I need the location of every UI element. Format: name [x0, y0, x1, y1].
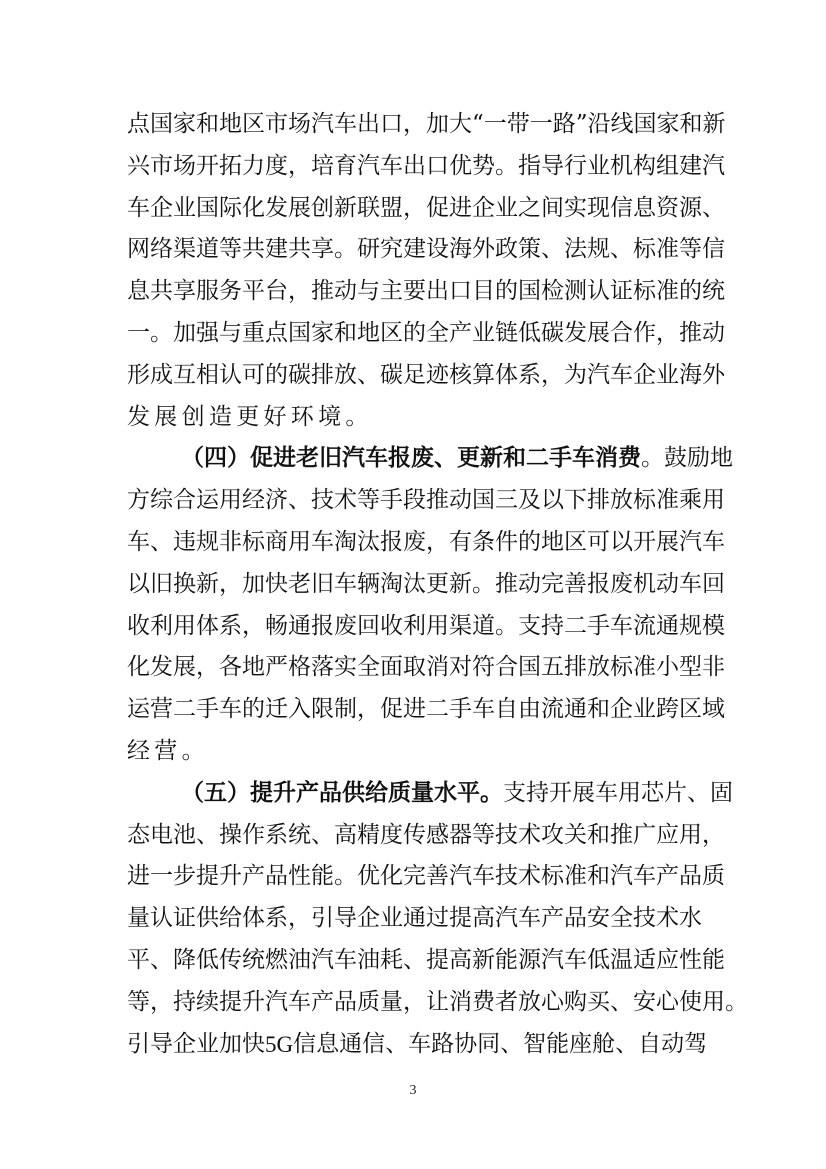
text-line: 运营二手车的迁入限制，促进二手车自由流通和企业跨区域 — [127, 689, 701, 731]
text-line: 发展创造更好环境。 — [127, 397, 701, 439]
text-line: 一。加强与重点国家和地区的全产业链低碳发展合作，推动 — [127, 313, 701, 355]
text-line: 方综合运用经济、技术等手段推动国三及以下排放标准乘用 — [127, 480, 701, 522]
text-line: 平、降低传统燃油汽车油耗、提高新能源汽车低温适应性能 — [127, 940, 701, 982]
text-line: 点国家和地区市场汽车出口，加大“一带一路”沿线国家和新 — [127, 104, 701, 146]
page-number: 3 — [0, 1083, 826, 1099]
section-heading-line: （四）促进老旧汽车报废、更新和二手车消费。鼓励地 — [127, 438, 701, 480]
text-line: 兴市场开拓力度，培育汽车出口优势。指导行业机构组建汽 — [127, 146, 701, 188]
text-line: 经营。 — [127, 731, 701, 773]
text-line: 车企业国际化发展创新联盟，促进企业之间实现信息资源、 — [127, 188, 701, 230]
text-line: 等，持续提升汽车产品质量，让消费者放心购买、安心使用。 — [127, 982, 701, 1024]
text-line: 车、违规非标商用车淘汰报废，有条件的地区可以开展汽车 — [127, 522, 701, 564]
section-heading-line: （五）提升产品供给质量水平。支持开展车用芯片、固 — [127, 773, 701, 815]
text-line: 息共享服务平台，推动与主要出口目的国检测认证标准的统 — [127, 271, 701, 313]
text-line: 进一步提升产品性能。优化完善汽车技术标准和汽车产品质 — [127, 856, 701, 898]
text-line: 化发展，各地严格落实全面取消对符合国五排放标准小型非 — [127, 647, 701, 689]
document-page: 点国家和地区市场汽车出口，加大“一带一路”沿线国家和新兴市场开拓力度，培育汽车出… — [0, 0, 826, 1169]
text-line: 以旧换新，加快老旧车辆淘汰更新。推动完善报废机动车回 — [127, 564, 701, 606]
text-line: 态电池、操作系统、高精度传感器等技术攻关和推广应用， — [127, 815, 701, 857]
text-line: 量认证供给体系，引导企业通过提高汽车产品安全技术水 — [127, 898, 701, 940]
text-line: 网络渠道等共建共享。研究建设海外政策、法规、标准等信 — [127, 229, 701, 271]
text-line: 形成互相认可的碳排放、碳足迹核算体系，为汽车企业海外 — [127, 355, 701, 397]
body-text: 点国家和地区市场汽车出口，加大“一带一路”沿线国家和新兴市场开拓力度，培育汽车出… — [127, 104, 701, 1065]
text-line: 引导企业加快5G信息通信、车路协同、智能座舱、自动驾 — [127, 1024, 701, 1066]
text-line: 收利用体系，畅通报废回收利用渠道。支持二手车流通规模 — [127, 606, 701, 648]
